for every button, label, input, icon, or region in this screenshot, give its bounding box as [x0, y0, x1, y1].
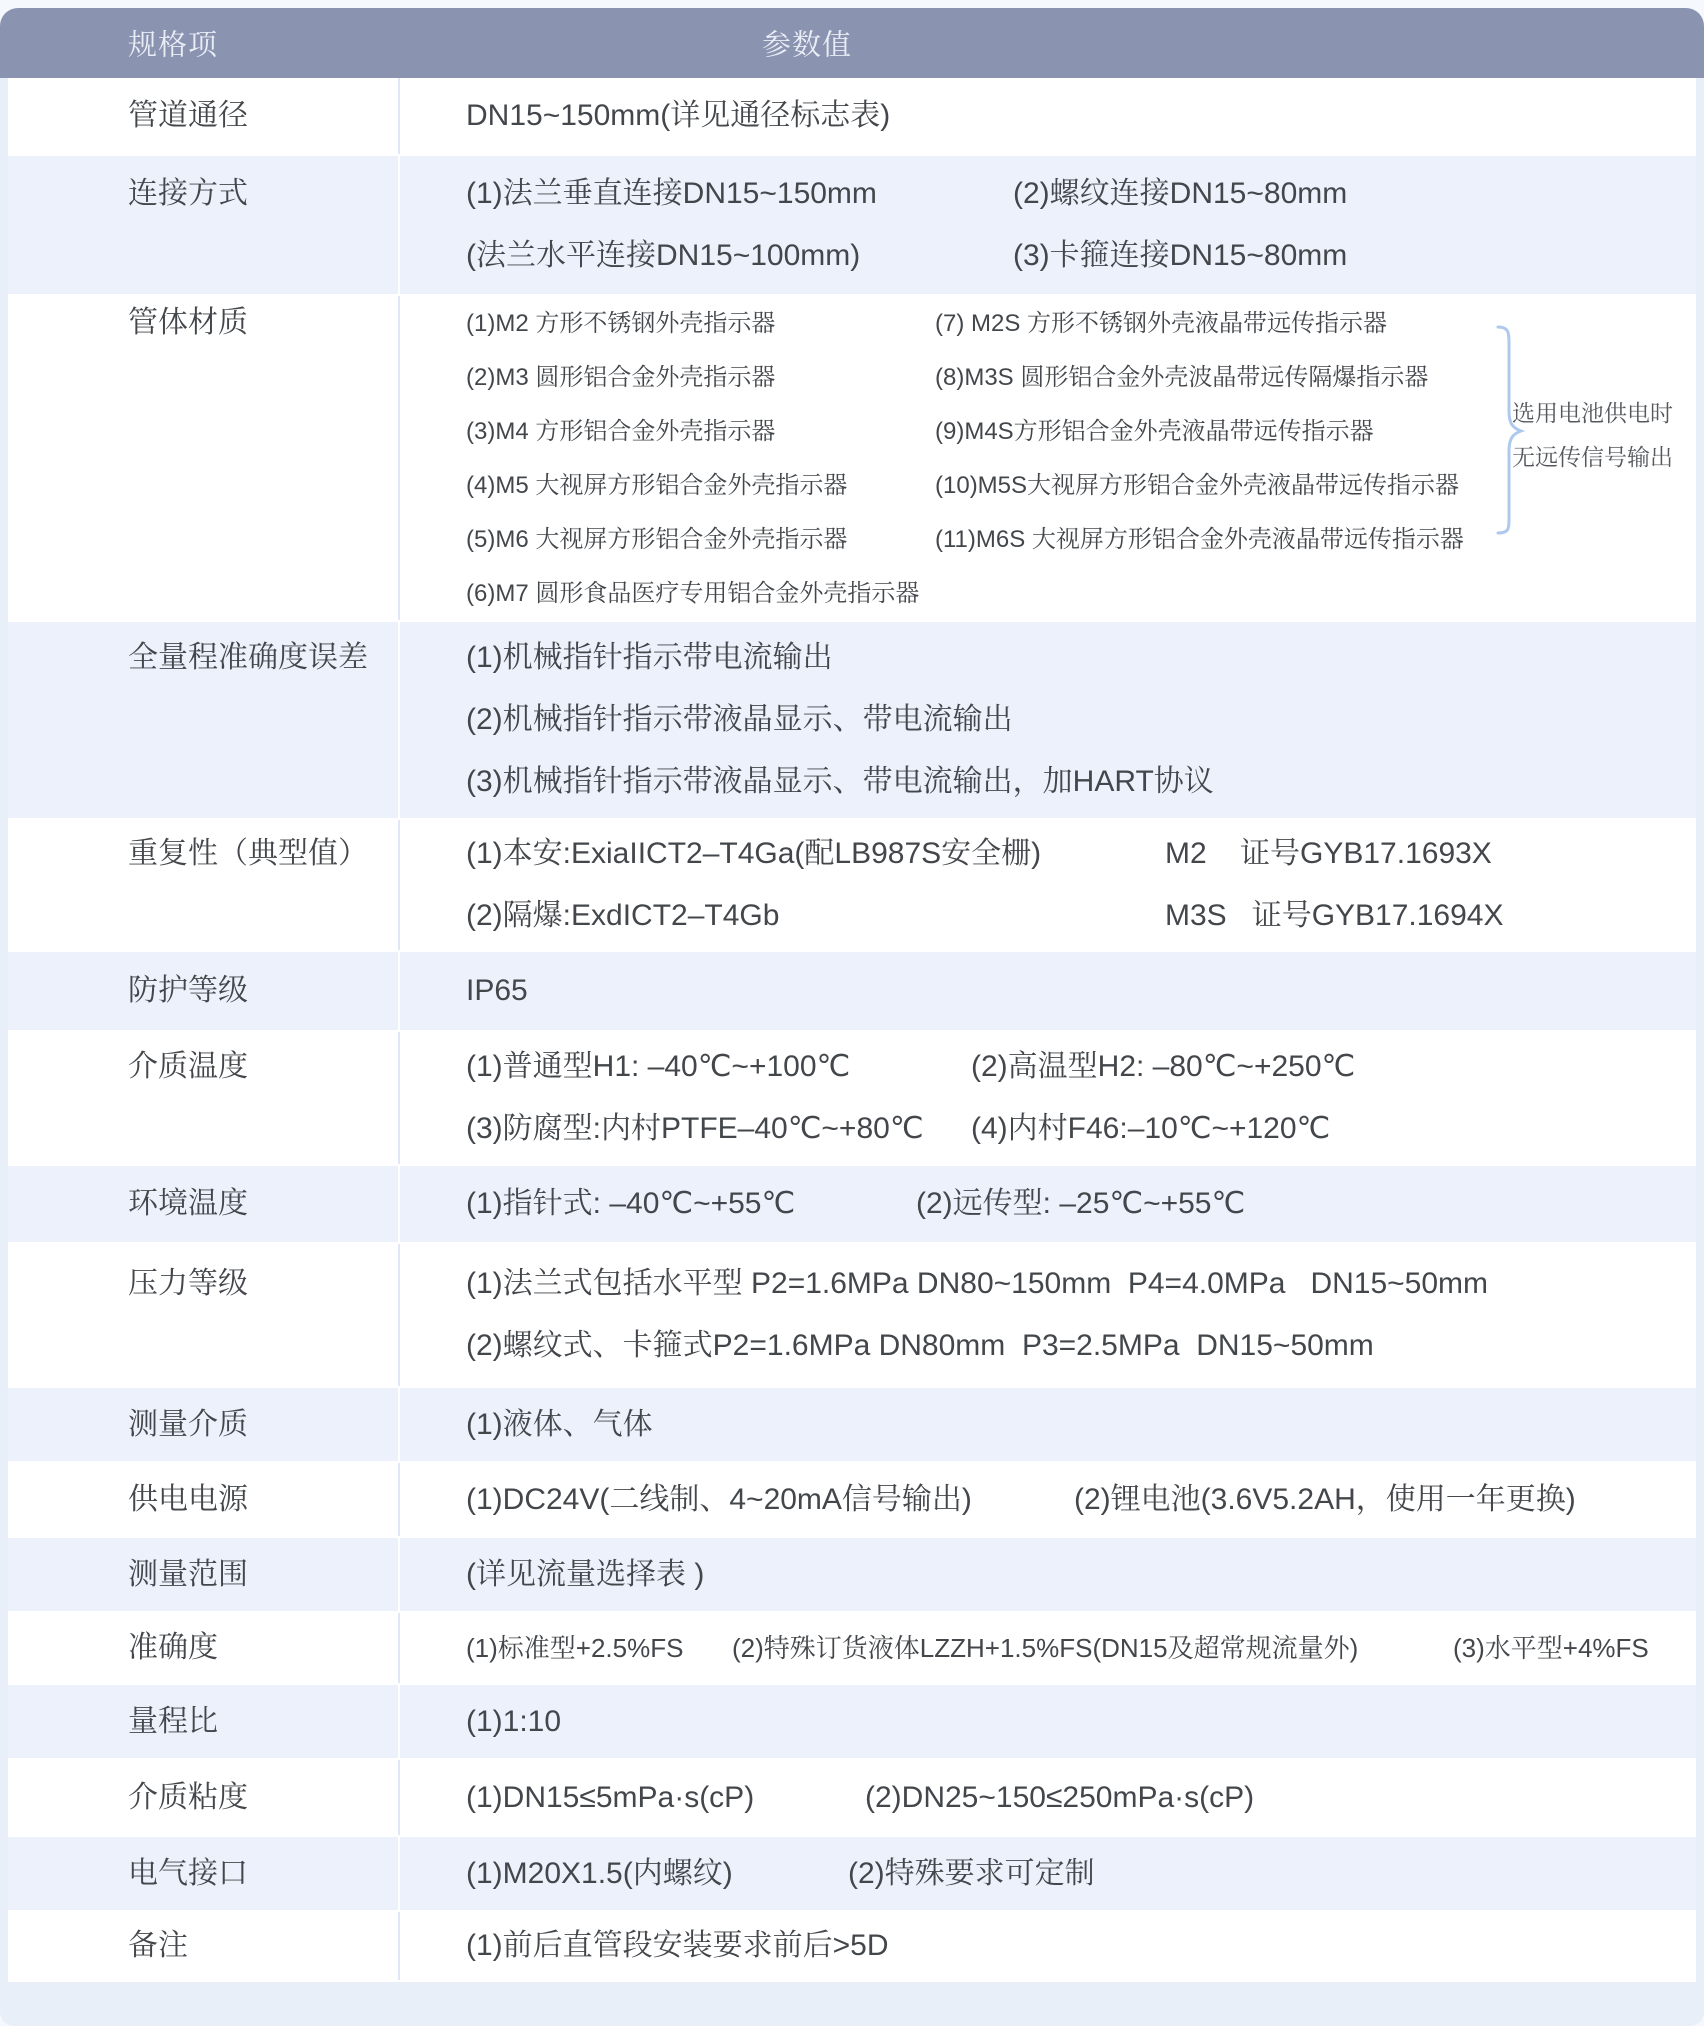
value-segment: (1)法兰式包括水平型 P2=1.6MPa DN80~150mm P4=4.0M…: [466, 1266, 1488, 1302]
spec-value: (1)指针式: –40℃~+55℃(2)远传型: –25℃~+55℃: [400, 1166, 1696, 1242]
value-segment: (11)M6S 大视屏方形铝合金外壳液晶带远传指示器: [935, 525, 1464, 554]
spec-value: (1)机械指针指示带电流输出(2)机械指针指示带液晶显示、带电流输出(3)机械指…: [400, 622, 1696, 818]
table-row: 压力等级(1)法兰式包括水平型 P2=1.6MPa DN80~150mm P4=…: [8, 1244, 1696, 1388]
spec-value: (1)M20X1.5(内螺纹)(2)特殊要求可定制: [400, 1837, 1696, 1910]
value-segment: (1)1:10: [466, 1704, 561, 1740]
value-segment: (1)DC24V(二线制、4~20mA信号输出): [466, 1482, 1074, 1518]
value-segment: (1)M2 方形不锈钢外壳指示器: [466, 309, 935, 338]
value-segment: (1)M20X1.5(内螺纹): [466, 1856, 848, 1892]
value-segment: DN15~150mm(详见通径标志表): [466, 98, 890, 134]
spec-value: (1)本安:ExiaIICT2–T4Ga(配LB987S安全栅)M2 证号GYB…: [400, 820, 1696, 950]
value-segment: (4)内村F46:–10℃~+120℃: [971, 1111, 1330, 1147]
value-line: (法兰水平连接DN15~100mm)(3)卡箍连接DN15~80mm: [466, 238, 1696, 274]
value-segment: (1)指针式: –40℃~+55℃: [466, 1186, 916, 1222]
spec-label: 测量介质: [8, 1388, 400, 1461]
value-line: (1)本安:ExiaIICT2–T4Ga(配LB987S安全栅)M2 证号GYB…: [466, 836, 1696, 872]
table-row: 测量介质(1)液体、气体: [8, 1388, 1696, 1463]
value-segment: M2 证号GYB17.1693X: [1165, 836, 1492, 872]
value-segment: (6)M7 圆形食品医疗专用铝合金外壳指示器: [466, 579, 919, 608]
value-line: DN15~150mm(详见通径标志表): [466, 98, 1696, 134]
spec-label: 管道通径: [8, 78, 400, 154]
spec-label: 备注: [8, 1912, 400, 1980]
value-segment: (1)本安:ExiaIICT2–T4Ga(配LB987S安全栅): [466, 836, 1165, 872]
value-line: (2)螺纹式、卡箍式P2=1.6MPa DN80mm P3=2.5MPa DN1…: [466, 1328, 1696, 1364]
spec-value: DN15~150mm(详见通径标志表): [400, 78, 1696, 154]
spec-value: (1)1:10: [400, 1685, 1696, 1758]
spec-label: 环境温度: [8, 1166, 400, 1242]
value-segment: IP65: [466, 973, 528, 1009]
value-line: (1)机械指针指示带电流输出: [466, 640, 1696, 676]
battery-power-note-line: 选用电池供电时: [1512, 391, 1673, 435]
value-segment: (1)液体、气体: [466, 1407, 653, 1443]
value-line: (1)法兰垂直连接DN15~150mm(2)螺纹连接DN15~80mm: [466, 176, 1696, 212]
value-line: (6)M7 圆形食品医疗专用铝合金外壳指示器: [466, 579, 1696, 608]
value-segment: (9)M4S方形铝合金外壳液晶带远传指示器: [935, 417, 1374, 446]
value-line: (1)指针式: –40℃~+55℃(2)远传型: –25℃~+55℃: [466, 1186, 1696, 1222]
table-row: 电气接口(1)M20X1.5(内螺纹)(2)特殊要求可定制: [8, 1837, 1696, 1912]
spec-value: (1)前后直管段安装要求前后>5D: [400, 1912, 1696, 1980]
spec-value: (1)普通型H1: –40℃~+100℃(2)高温型H2: –80℃~+250℃…: [400, 1032, 1696, 1164]
value-segment: (3)机械指针指示带液晶显示、带电流输出，加HART协议: [466, 764, 1214, 800]
value-line: (1)普通型H1: –40℃~+100℃(2)高温型H2: –80℃~+250℃: [466, 1049, 1696, 1085]
table-row: 备注(1)前后直管段安装要求前后>5D: [8, 1912, 1696, 1982]
spec-value: (详见流量选择表 ): [400, 1538, 1696, 1611]
value-segment: (3)卡箍连接DN15~80mm: [1013, 238, 1347, 274]
value-line: (1)1:10: [466, 1704, 1696, 1740]
table-row: 重复性（典型值）(1)本安:ExiaIICT2–T4Ga(配LB987S安全栅)…: [8, 820, 1696, 952]
value-segment: (8)M3S 圆形铝合金外壳波晶带远传隔爆指示器: [935, 363, 1428, 392]
battery-power-note-line: 无远传信号输出: [1512, 435, 1673, 479]
table-row: 防护等级IP65: [8, 952, 1696, 1032]
value-line: (详见流量选择表 ): [466, 1557, 1696, 1593]
spec-value: (1)法兰垂直连接DN15~150mm(2)螺纹连接DN15~80mm(法兰水平…: [400, 156, 1696, 294]
value-segment: (法兰水平连接DN15~100mm): [466, 238, 1013, 274]
spec-label: 电气接口: [8, 1837, 400, 1910]
value-segment: (1)普通型H1: –40℃~+100℃: [466, 1049, 971, 1085]
spec-label: 供电电源: [8, 1463, 400, 1536]
value-segment: (2)机械指针指示带液晶显示、带电流输出: [466, 702, 1013, 738]
spec-value: (1)DN15≤5mPa·s(cP)(2)DN25~150≤250mPa·s(c…: [400, 1760, 1696, 1835]
table-row: 供电电源(1)DC24V(二线制、4~20mA信号输出)(2)锂电池(3.6V5…: [8, 1463, 1696, 1538]
value-segment: (10)M5S大视屏方形铝合金外壳液晶带远传指示器: [935, 471, 1459, 500]
value-segment: (5)M6 大视屏方形铝合金外壳指示器: [466, 525, 935, 554]
value-segment: (3)M4 方形铝合金外壳指示器: [466, 417, 935, 446]
value-segment: (2)特殊要求可定制: [848, 1856, 1095, 1892]
spec-label: 重复性（典型值）: [8, 820, 400, 950]
value-line: IP65: [466, 973, 1696, 1009]
value-segment: (3)防腐型:内村PTFE–40℃~+80℃: [466, 1111, 971, 1147]
value-segment: (2)螺纹式、卡箍式P2=1.6MPa DN80mm P3=2.5MPa DN1…: [466, 1328, 1374, 1364]
value-segment: (3)水平型+4%FS: [1453, 1630, 1649, 1666]
value-segment: (2)高温型H2: –80℃~+250℃: [971, 1049, 1355, 1085]
value-line: (1)前后直管段安装要求前后>5D: [466, 1928, 1696, 1964]
battery-power-note: 选用电池供电时无远传信号输出: [1512, 391, 1673, 479]
table-header: 规格项 参数值: [0, 8, 1704, 78]
table-body: 管道通径DN15~150mm(详见通径标志表)连接方式(1)法兰垂直连接DN15…: [0, 78, 1704, 1982]
table-row: 准确度(1)标准型+2.5%FS(2)特殊订货液体LZZH+1.5%FS(DN1…: [8, 1613, 1696, 1685]
table-row: 管体材质(1)M2 方形不锈钢外壳指示器(7) M2S 方形不锈钢外壳液晶带远传…: [8, 296, 1696, 622]
value-segment: (2)隔爆:ExdICT2–T4Gb: [466, 898, 1165, 934]
value-line: (2)M3 圆形铝合金外壳指示器(8)M3S 圆形铝合金外壳波晶带远传隔爆指示器: [466, 363, 1696, 392]
spec-value: IP65: [400, 952, 1696, 1030]
value-segment: (2)螺纹连接DN15~80mm: [1013, 176, 1347, 212]
value-segment: (4)M5 大视屏方形铝合金外壳指示器: [466, 471, 935, 500]
table-row: 全量程准确度误差(1)机械指针指示带电流输出(2)机械指针指示带液晶显示、带电流…: [8, 622, 1696, 820]
spec-label: 管体材质: [8, 296, 400, 620]
value-line: (3)防腐型:内村PTFE–40℃~+80℃(4)内村F46:–10℃~+120…: [466, 1111, 1696, 1147]
value-line: (1)标准型+2.5%FS(2)特殊订货液体LZZH+1.5%FS(DN15及超…: [466, 1630, 1696, 1666]
value-segment: (1)标准型+2.5%FS: [466, 1630, 732, 1666]
spec-label: 连接方式: [8, 156, 400, 294]
value-line: (1)液体、气体: [466, 1407, 1696, 1443]
spec-value: (1)法兰式包括水平型 P2=1.6MPa DN80~150mm P4=4.0M…: [400, 1244, 1696, 1386]
value-segment: (1)机械指针指示带电流输出: [466, 640, 833, 676]
value-line: (1)M2 方形不锈钢外壳指示器(7) M2S 方形不锈钢外壳液晶带远传指示器: [466, 309, 1696, 338]
spec-label: 量程比: [8, 1685, 400, 1758]
spec-label: 防护等级: [8, 952, 400, 1030]
value-line: (5)M6 大视屏方形铝合金外壳指示器(11)M6S 大视屏方形铝合金外壳液晶带…: [466, 525, 1696, 554]
table-row: 量程比(1)1:10: [8, 1685, 1696, 1760]
spec-label: 测量范围: [8, 1538, 400, 1611]
value-segment: (7) M2S 方形不锈钢外壳液晶带远传指示器: [935, 309, 1387, 338]
value-segment: (2)DN25~150≤250mPa·s(cP): [865, 1780, 1254, 1816]
table-row: 介质温度(1)普通型H1: –40℃~+100℃(2)高温型H2: –80℃~+…: [8, 1032, 1696, 1166]
value-line: (2)隔爆:ExdICT2–T4GbM3S 证号GYB17.1694X: [466, 898, 1696, 934]
header-col-param-value: 参数值: [762, 23, 852, 64]
value-line: (2)机械指针指示带液晶显示、带电流输出: [466, 702, 1696, 738]
spec-sheet: 规格项 参数值 管道通径DN15~150mm(详见通径标志表)连接方式(1)法兰…: [0, 8, 1704, 2026]
table-row: 管道通径DN15~150mm(详见通径标志表): [8, 78, 1696, 156]
table-row: 连接方式(1)法兰垂直连接DN15~150mm(2)螺纹连接DN15~80mm(…: [8, 156, 1696, 296]
value-segment: (1)前后直管段安装要求前后>5D: [466, 1928, 889, 1964]
value-segment: (1)法兰垂直连接DN15~150mm: [466, 176, 1013, 212]
value-segment: (1)DN15≤5mPa·s(cP): [466, 1780, 865, 1816]
spec-label: 压力等级: [8, 1244, 400, 1386]
value-line: (1)法兰式包括水平型 P2=1.6MPa DN80~150mm P4=4.0M…: [466, 1266, 1696, 1302]
value-line: (3)机械指针指示带液晶显示、带电流输出，加HART协议: [466, 764, 1696, 800]
spec-value: (1)DC24V(二线制、4~20mA信号输出)(2)锂电池(3.6V5.2AH…: [400, 1463, 1696, 1536]
table-row: 介质粘度(1)DN15≤5mPa·s(cP)(2)DN25~150≤250mPa…: [8, 1760, 1696, 1837]
value-segment: (2)特殊订货液体LZZH+1.5%FS(DN15及超常规流量外): [732, 1630, 1453, 1666]
value-line: (1)DC24V(二线制、4~20mA信号输出)(2)锂电池(3.6V5.2AH…: [466, 1482, 1696, 1518]
table-row: 环境温度(1)指针式: –40℃~+55℃(2)远传型: –25℃~+55℃: [8, 1166, 1696, 1244]
spec-value: (1)液体、气体: [400, 1388, 1696, 1461]
spec-value: (1)标准型+2.5%FS(2)特殊订货液体LZZH+1.5%FS(DN15及超…: [400, 1613, 1696, 1683]
table-row: 测量范围(详见流量选择表 ): [8, 1538, 1696, 1613]
value-segment: (2)M3 圆形铝合金外壳指示器: [466, 363, 935, 392]
spec-label: 准确度: [8, 1613, 400, 1683]
header-col-spec-item: 规格项: [128, 23, 218, 64]
value-segment: M3S 证号GYB17.1694X: [1165, 898, 1504, 934]
value-line: (1)M20X1.5(内螺纹)(2)特殊要求可定制: [466, 1856, 1696, 1892]
spec-label: 介质温度: [8, 1032, 400, 1164]
value-segment: (2)锂电池(3.6V5.2AH，使用一年更换): [1074, 1482, 1576, 1518]
spec-label: 介质粘度: [8, 1760, 400, 1835]
value-segment: (2)远传型: –25℃~+55℃: [916, 1186, 1245, 1222]
value-line: (1)DN15≤5mPa·s(cP)(2)DN25~150≤250mPa·s(c…: [466, 1780, 1696, 1816]
value-segment: (详见流量选择表 ): [466, 1557, 704, 1593]
spec-value: (1)M2 方形不锈钢外壳指示器(7) M2S 方形不锈钢外壳液晶带远传指示器(…: [400, 296, 1696, 620]
spec-label: 全量程准确度误差: [8, 622, 400, 818]
